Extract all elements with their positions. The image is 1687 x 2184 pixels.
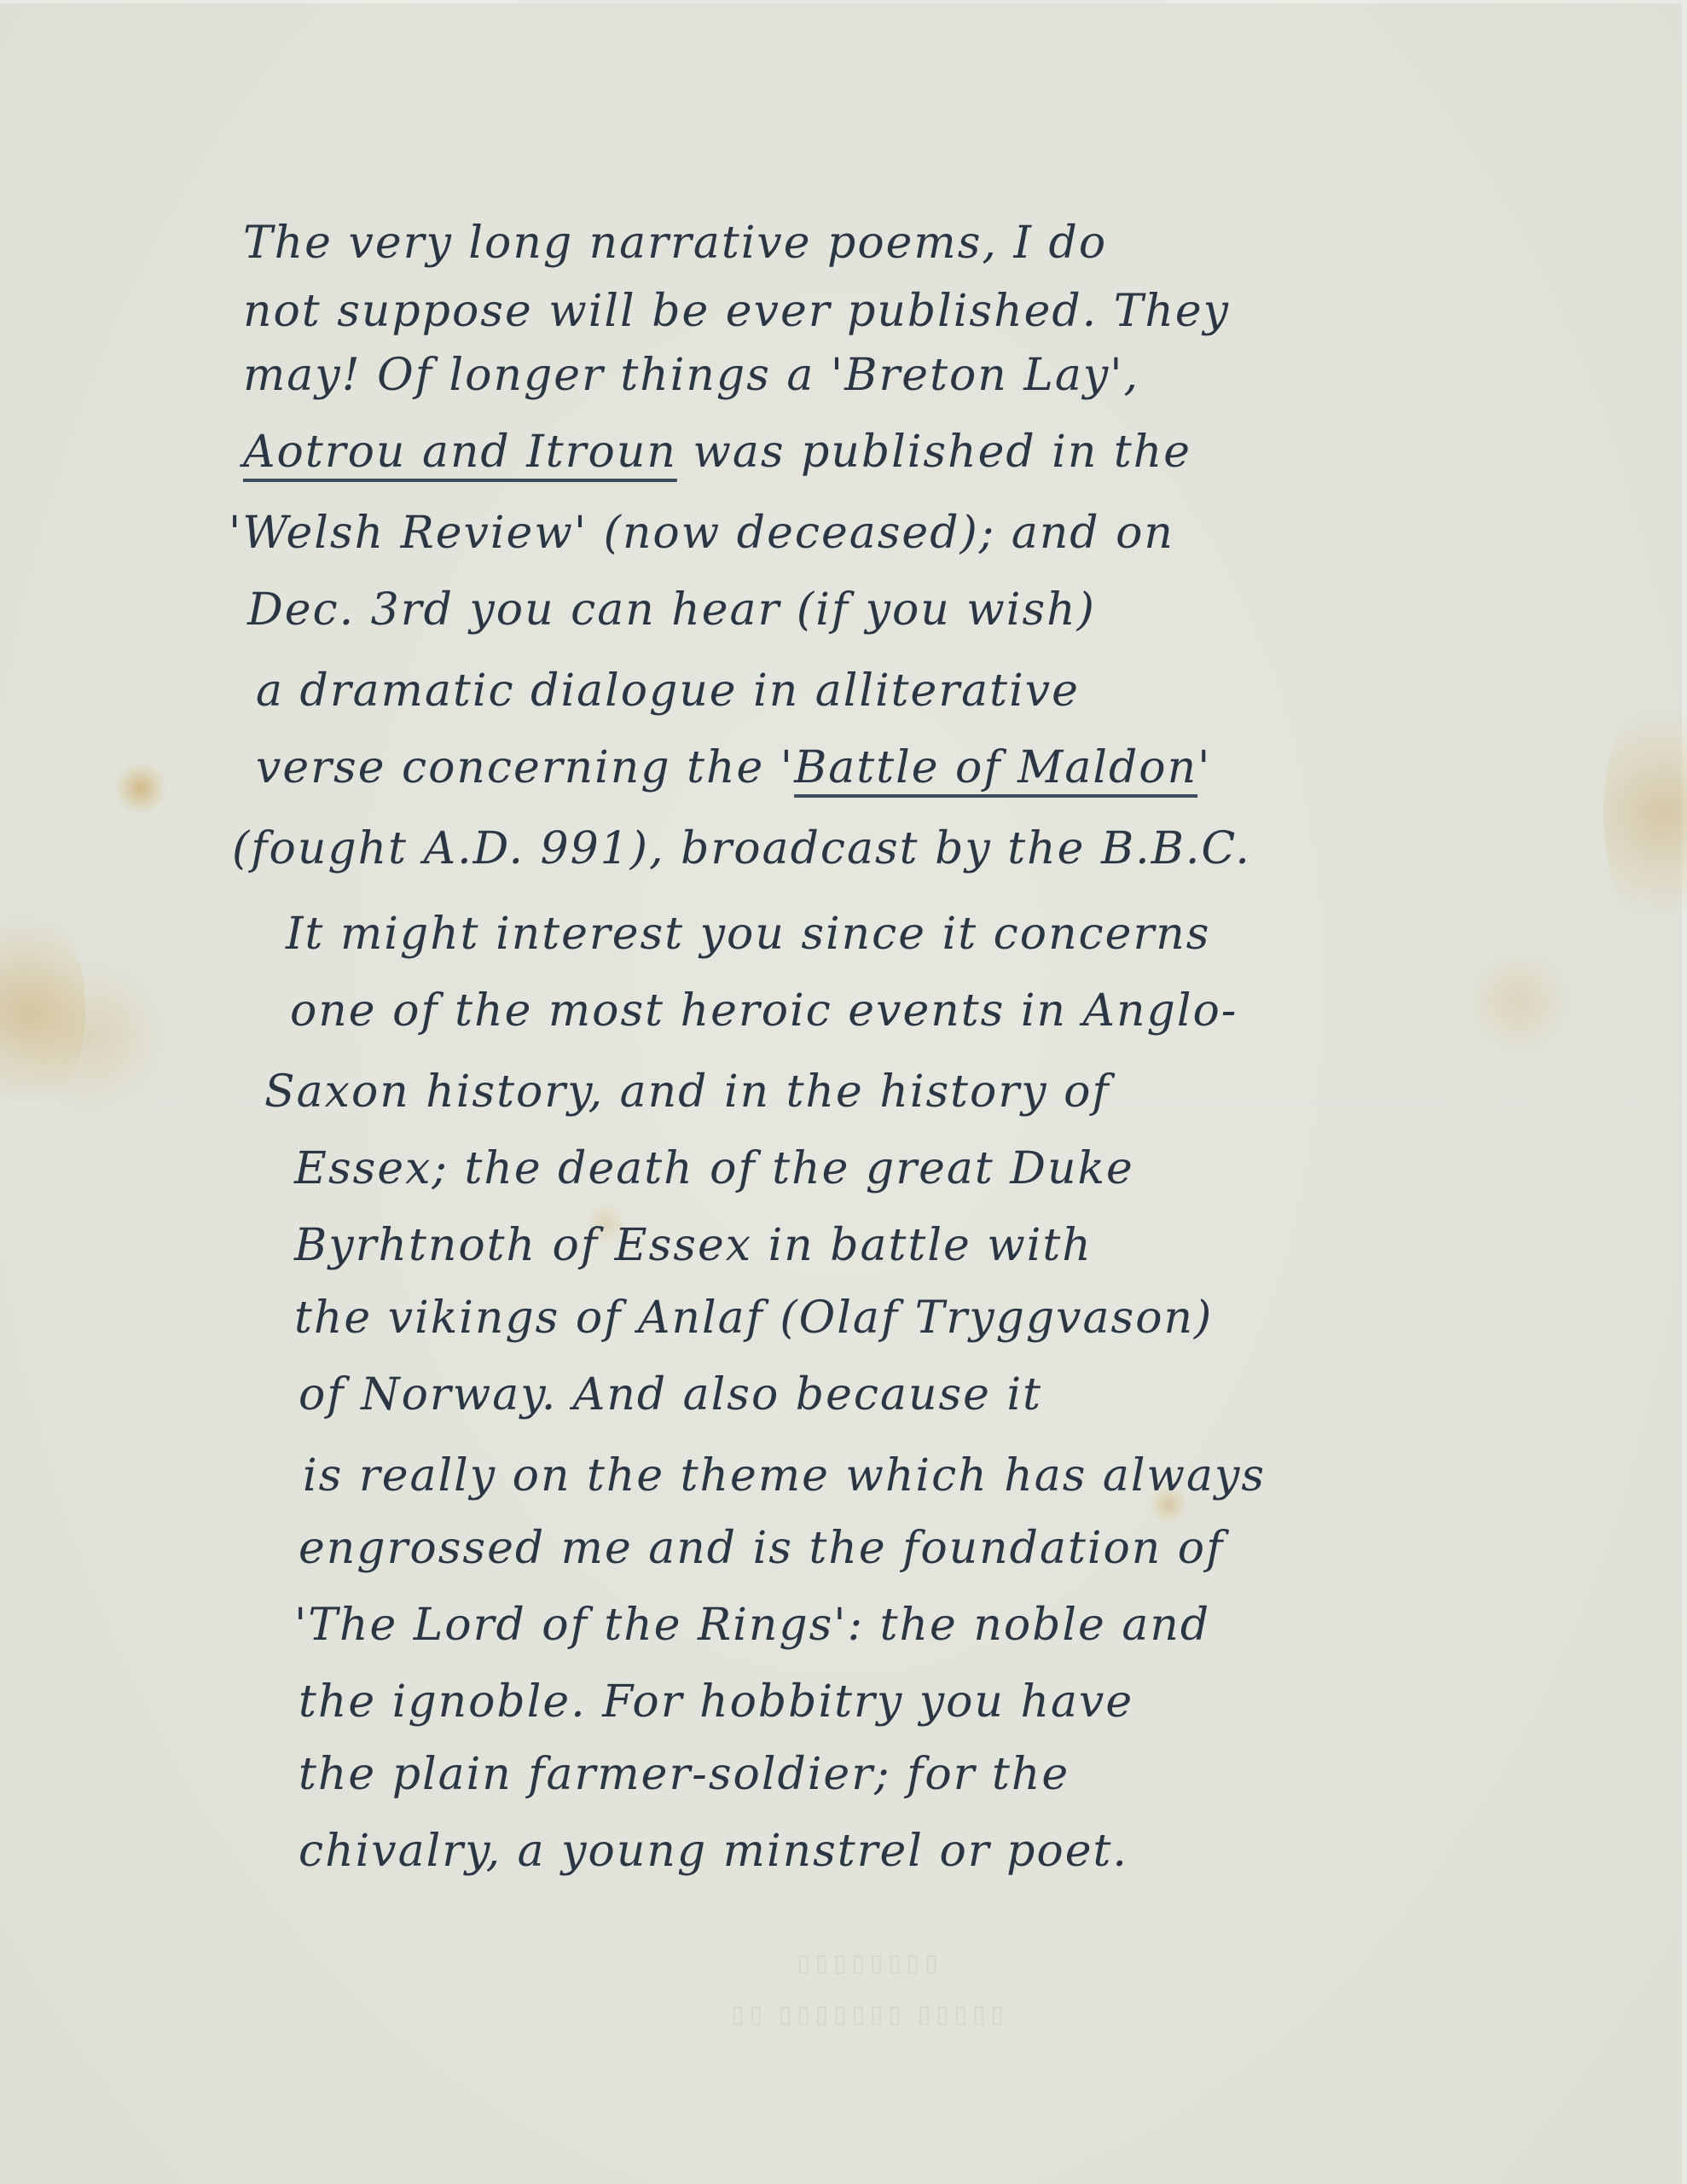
line-text: verse concerning the ' xyxy=(256,742,794,793)
letter-line: (fought A.D. 991), broadcast by the B.B.… xyxy=(232,827,1251,871)
letter-line: chivalry, a young minstrel or poet. xyxy=(299,1829,1128,1873)
letter-line: Byrhtnoth of Essex in battle with xyxy=(294,1223,1093,1268)
line-text: ' xyxy=(1197,742,1211,793)
letter-line: 'Welsh Review' (now deceased); and on xyxy=(229,511,1174,555)
letter-line: engrossed me and is the foundation of xyxy=(299,1526,1224,1571)
letter-line: a dramatic dialogue in alliterative xyxy=(256,669,1080,713)
letter-line: verse concerning the 'Battle of Maldon' xyxy=(256,746,1211,790)
underlined-title-maldon: Battle of Maldon xyxy=(794,742,1197,793)
underlined-title-aotrou: Aotrou and Itroun xyxy=(243,427,677,478)
handwritten-text: The very long narrative poems, I do not … xyxy=(0,3,1682,2184)
letter-line: the vikings of Anlaf (Olaf Tryggvason) xyxy=(294,1296,1213,1340)
letter-line: is really on the theme which has always xyxy=(303,1454,1266,1498)
letter-line: 'The Lord of the Rings': the noble and xyxy=(294,1603,1210,1647)
line-text: was published in the xyxy=(677,427,1191,478)
letter-line: the plain farmer-soldier; for the xyxy=(299,1752,1070,1797)
letter-line: Aotrou and Itroun was published in the xyxy=(243,430,1191,474)
letter-line: Saxon history, and in the history of xyxy=(264,1070,1110,1114)
letter-line: not suppose will be ever published. They xyxy=(243,289,1230,334)
letter-line: may! Of longer things a 'Breton Lay', xyxy=(243,353,1139,398)
letter-page: ▯▯▯▯▯▯▯▯ ▯▯ ▯▯▯▯▯▯▯ ▯▯▯▯▯ The very long … xyxy=(0,3,1682,2184)
letter-line: Dec. 3rd you can hear (if you wish) xyxy=(247,588,1096,632)
letter-line: the ignoble. For hobbitry you have xyxy=(299,1680,1133,1724)
letter-line: Essex; the death of the great Duke xyxy=(294,1147,1134,1191)
letter-line: It might interest you since it concerns xyxy=(286,912,1210,956)
letter-line: one of the most heroic events in Anglo- xyxy=(290,989,1238,1033)
letter-line: of Norway. And also because it xyxy=(299,1373,1042,1417)
letter-line: The very long narrative poems, I do xyxy=(243,221,1107,265)
